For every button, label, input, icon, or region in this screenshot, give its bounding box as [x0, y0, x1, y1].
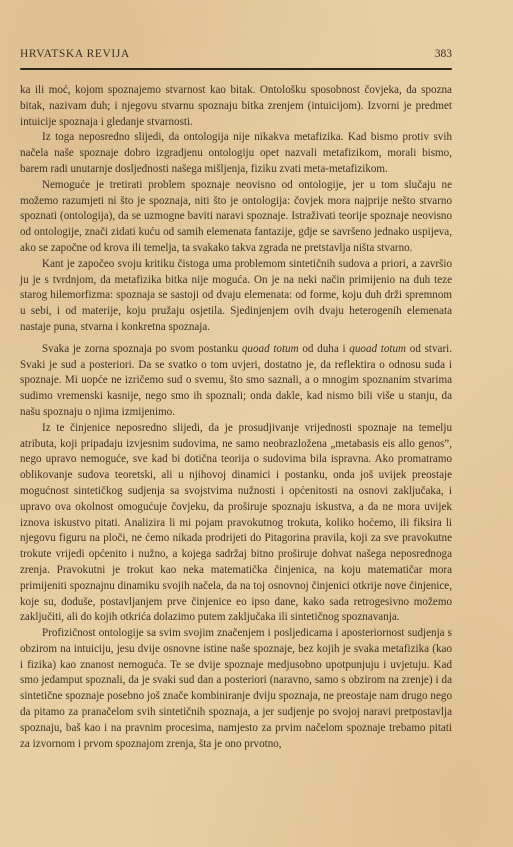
page-number: 383	[435, 48, 452, 60]
latin-phrase: quoad totum	[349, 343, 406, 355]
paragraph-3: Nemoguće je tretirati problem spoznaje n…	[20, 178, 452, 257]
paragraph-4: Kant je započeo svoju kritiku čistoga um…	[20, 257, 452, 336]
header-rule	[20, 68, 452, 70]
book-page: HRVATSKA REVIJA 383 ka ili moć, kojom sp…	[20, 48, 452, 752]
latin-phrase: quoad totum	[242, 343, 299, 355]
paragraph-7: Profizičnost ontologije sa svim svojim z…	[20, 626, 452, 752]
journal-title: HRVATSKA REVIJA	[20, 48, 130, 60]
paragraph-2: Iz toga neposredno slijedi, da ontologij…	[20, 130, 452, 177]
paragraph-5-segment: od duha i	[299, 343, 350, 355]
paragraph-1: ka ili moć, kojom spoznajemo stvarnost k…	[20, 83, 452, 130]
body-text: ka ili moć, kojom spoznajemo stvarnost k…	[20, 83, 452, 752]
running-header: HRVATSKA REVIJA 383	[20, 48, 452, 62]
paragraph-6: Iz te činjenice neposredno slijedi, da j…	[20, 421, 452, 626]
paragraph-5-segment: Svaka je zorna spoznaja po svom postanku	[42, 343, 242, 355]
paragraph-5: Svaka je zorna spoznaja po svom postanku…	[20, 342, 452, 421]
